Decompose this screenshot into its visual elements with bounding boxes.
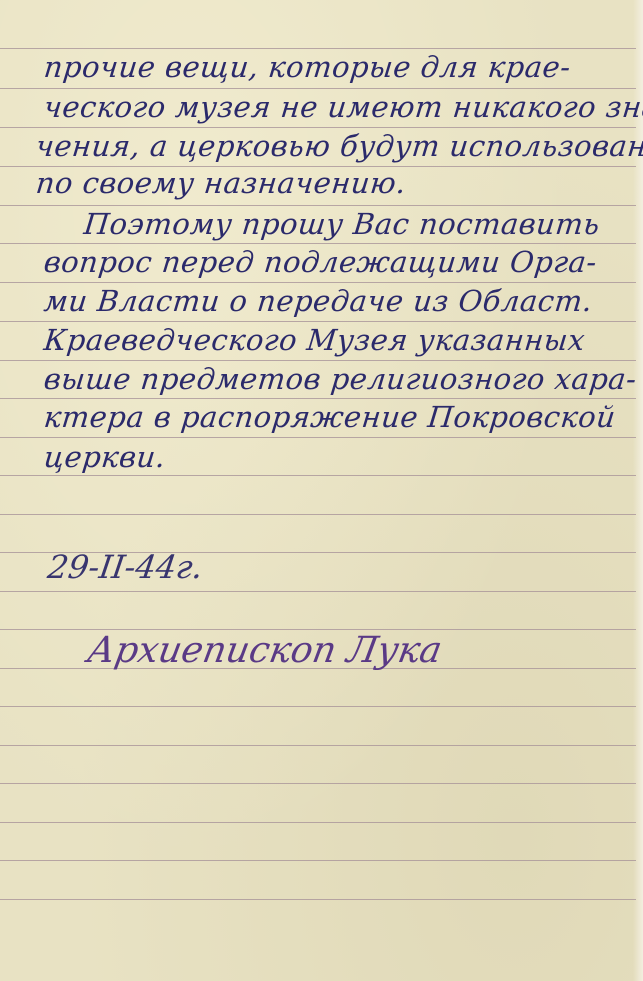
ruled-line bbox=[0, 243, 636, 244]
ruled-line bbox=[0, 591, 636, 592]
text-line: чения, а церковью будут использованы bbox=[34, 129, 643, 163]
text-line: прочие вещи, которые для крае- bbox=[42, 50, 572, 84]
text-line: вопрос перед подлежащими Орга- bbox=[42, 245, 598, 279]
letter-page: прочие вещи, которые для крае- ческого м… bbox=[0, 0, 643, 981]
text-line: ми Власти о передаче из Област. bbox=[42, 284, 594, 318]
ruled-line bbox=[0, 360, 636, 361]
ruled-line bbox=[0, 282, 636, 283]
signature: Архиепископ Лука bbox=[84, 630, 445, 671]
ruled-line bbox=[0, 899, 636, 900]
ruled-line bbox=[0, 822, 636, 823]
ruled-line bbox=[0, 860, 636, 861]
ruled-line bbox=[0, 398, 636, 399]
ruled-line bbox=[0, 514, 636, 515]
text-line: Поэтому прошу Вас поставить bbox=[82, 207, 601, 241]
text-line: ктера в распоряжение Покровской bbox=[42, 400, 617, 434]
letter-date: 29-II-44г. bbox=[45, 548, 205, 586]
ruled-line bbox=[0, 437, 636, 438]
ruled-line bbox=[0, 706, 636, 707]
ruled-line bbox=[0, 205, 636, 206]
ruled-line bbox=[0, 745, 636, 746]
ruled-line bbox=[0, 88, 636, 89]
ruled-line bbox=[0, 127, 636, 128]
text-line: ческого музея не имеют никакого зна- bbox=[42, 90, 643, 124]
text-line: выше предметов религиозного хара- bbox=[42, 362, 638, 396]
ruled-line bbox=[0, 321, 636, 322]
ruled-line bbox=[0, 475, 636, 476]
text-line: церкви. bbox=[42, 440, 167, 474]
text-line: по своему назначению. bbox=[34, 166, 408, 200]
ruled-line bbox=[0, 48, 636, 49]
text-line: Краеведческого Музея указанных bbox=[42, 323, 587, 357]
ruled-line bbox=[0, 783, 636, 784]
